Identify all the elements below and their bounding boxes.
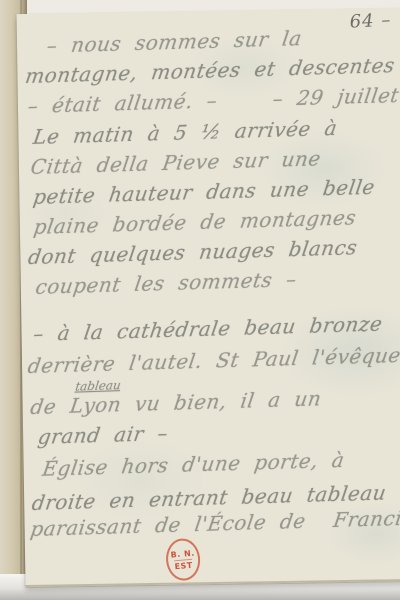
page-number: 64 – bbox=[349, 9, 392, 32]
manuscript-page: 64 – – nous sommes sur la montagne, mont… bbox=[17, 8, 400, 587]
handwriting-line: Le matin à 5 ½ arrivée à bbox=[32, 116, 339, 149]
handwriting-line: Città della Pieve sur une bbox=[29, 146, 322, 179]
handwriting-line: plaine bordée de montagnes bbox=[32, 205, 358, 239]
handwriting-line: Église hors d'une porte, à bbox=[41, 448, 346, 481]
inserted-word-annotation: tableau bbox=[74, 378, 121, 394]
handwriting-line: coupent les sommets – bbox=[34, 267, 299, 299]
handwriting-line: petite hauteur dans une belle bbox=[32, 175, 377, 209]
handwriting-line: montagne, montées et descentes – bbox=[24, 52, 400, 88]
handwriting-line: derrière l'autel. St Paul l'évêque bbox=[26, 343, 400, 378]
stamp-line-2: EST bbox=[174, 558, 193, 571]
handwriting-line: – était allumé. – – 29 juillet bbox=[26, 83, 400, 118]
library-stamp: B. N. EST bbox=[164, 537, 201, 582]
scanned-notebook-page: 64 – – nous sommes sur la montagne, mont… bbox=[0, 0, 400, 600]
handwriting-line: – nous sommes sur la bbox=[45, 26, 303, 58]
handwriting-line: dont quelques nuages blancs bbox=[27, 235, 359, 269]
handwriting-line: grand air – bbox=[36, 421, 170, 449]
handwriting-line: – à la cathédrale beau bronze bbox=[32, 311, 384, 345]
handwriting-line: de Lyon vu bien, il a un bbox=[29, 386, 323, 419]
